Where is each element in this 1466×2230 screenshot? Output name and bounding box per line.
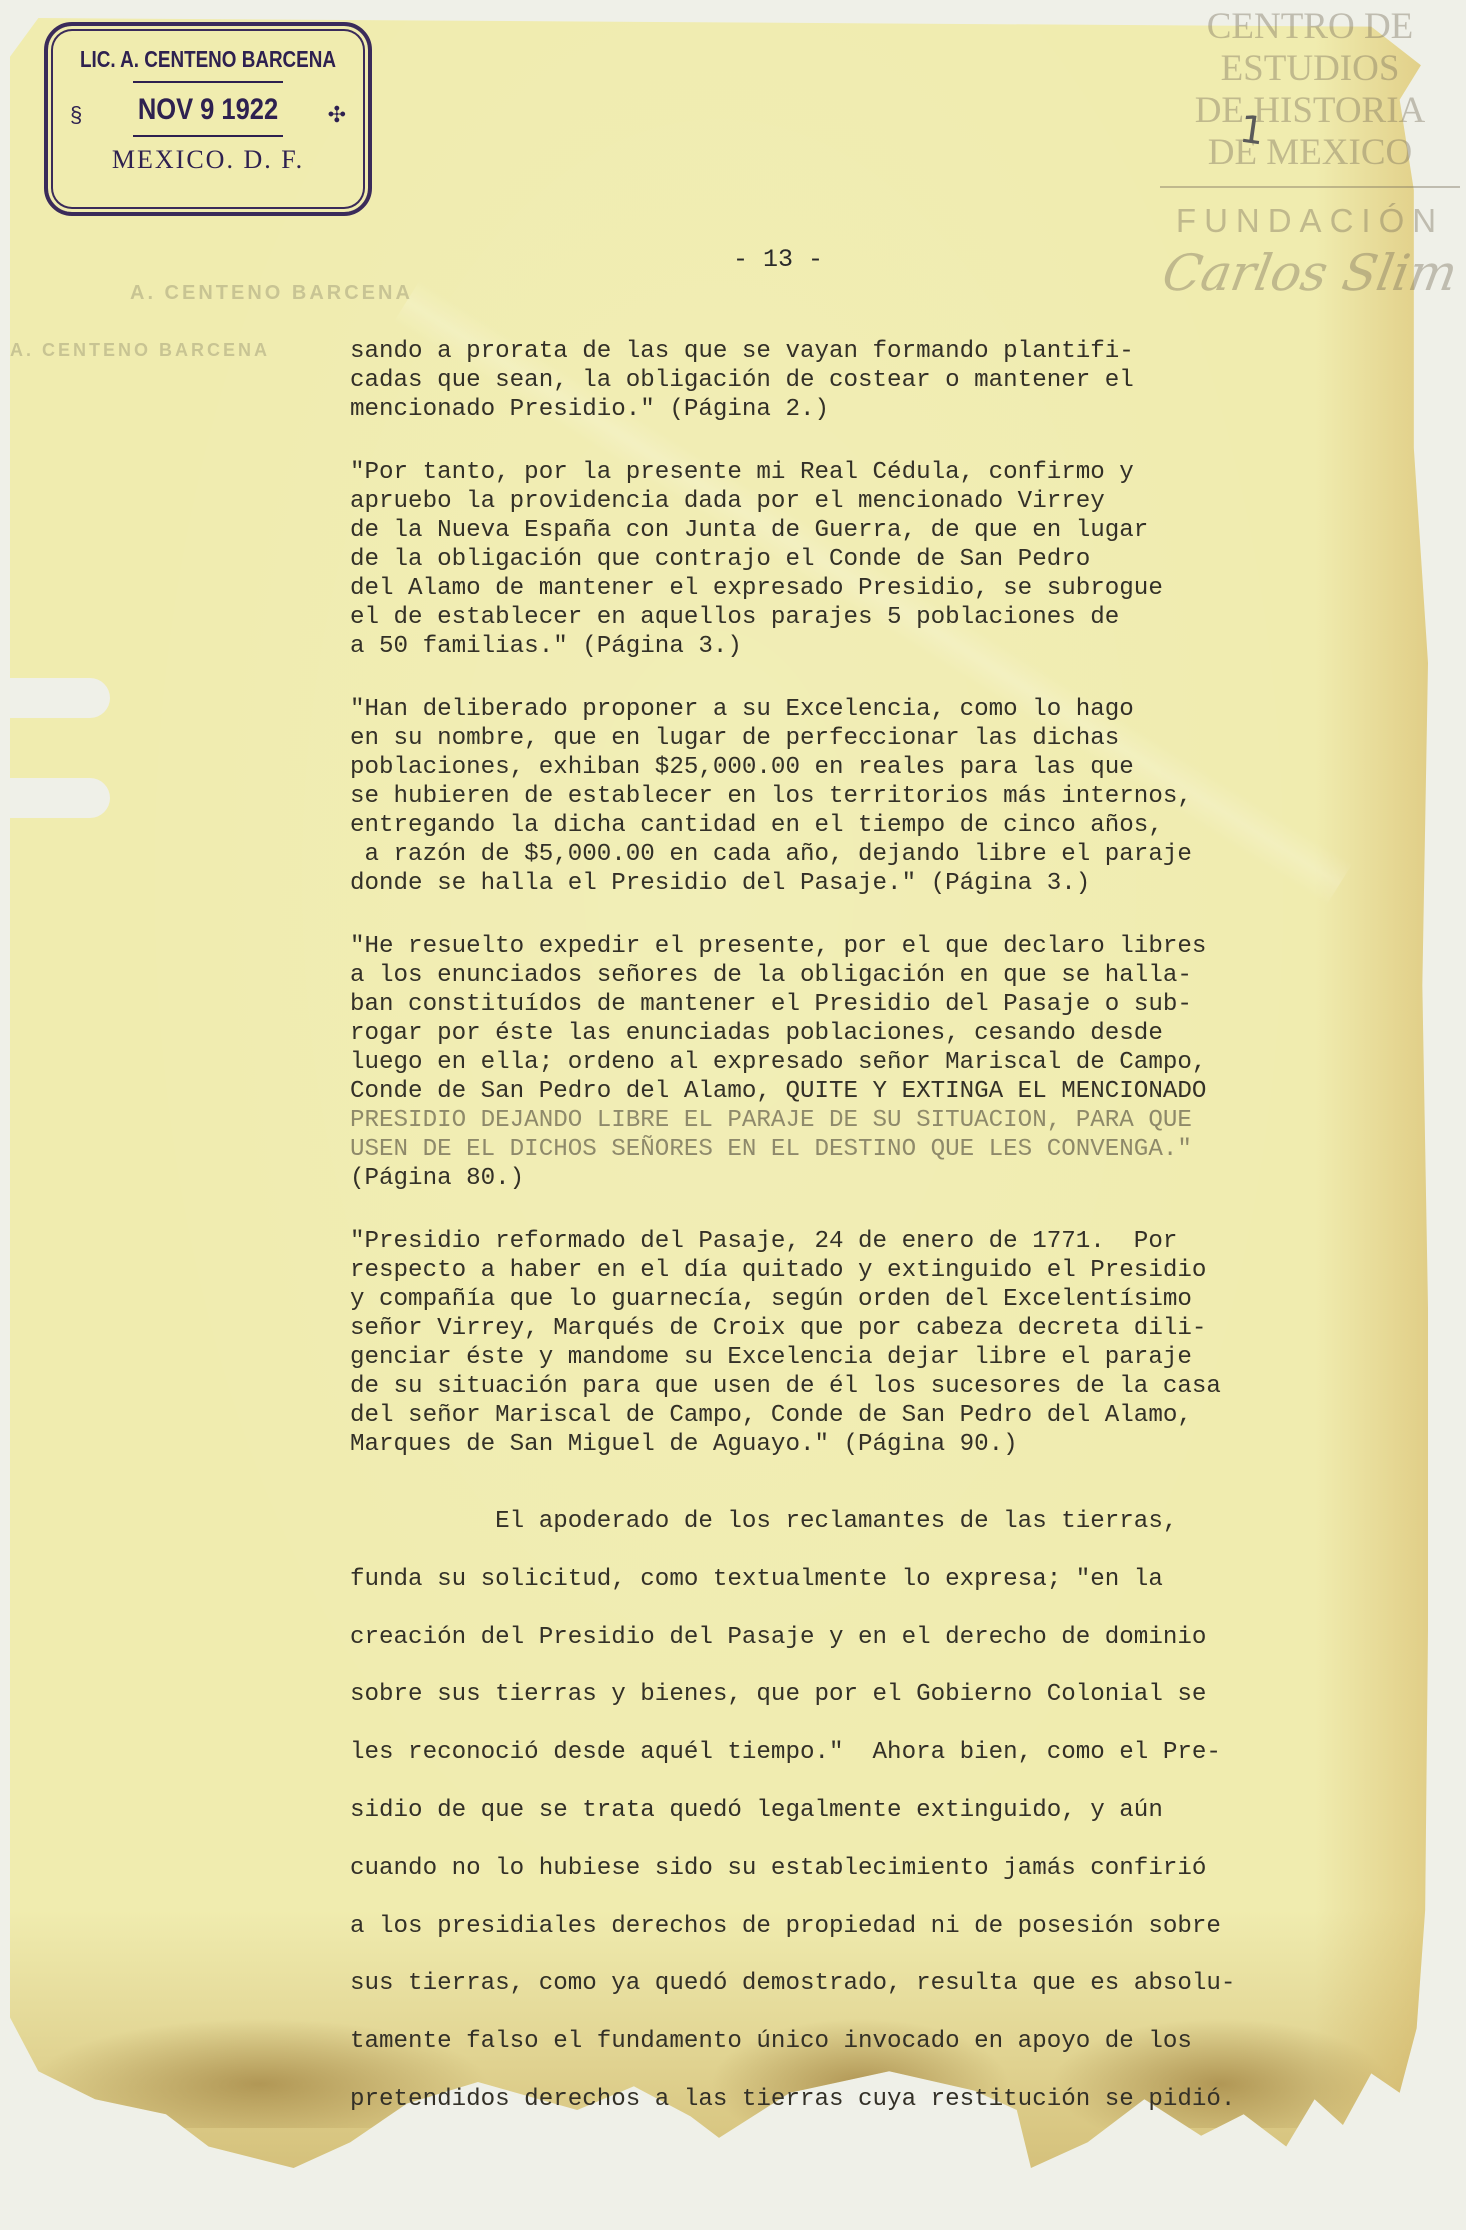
watermark-line: CENTRO DE (1160, 6, 1460, 48)
text-line: PRESIDIO DEJANDO LIBRE EL PARAJE DE SU S… (350, 1106, 1400, 1135)
text-line: a los enunciados señores de la obligació… (350, 961, 1400, 990)
watermark-line: DE HISTORIA (1160, 90, 1460, 132)
watermark-foundation: FUNDACIÓN (1160, 202, 1460, 240)
text-line: El apoderado de los reclamantes de las t… (350, 1493, 1400, 1551)
text-line: respecto a haber en el día quitado y ext… (350, 1256, 1400, 1285)
text-line: en su nombre, que en lugar de perfeccion… (350, 724, 1400, 753)
text-line: y compañía que lo guarnecía, según orden… (350, 1285, 1400, 1314)
watermark-signature: Carlos Slim (1155, 244, 1465, 302)
watermark-line: DE MEXICO (1160, 132, 1460, 174)
text-line: cuando no lo hubiese sido su establecimi… (350, 1840, 1400, 1898)
text-line: del señor Mariscal de Campo, Conde de Sa… (350, 1401, 1400, 1430)
stamp-name: LIC. A. CENTENO BARCENA (77, 46, 339, 73)
watermark-divider (1160, 186, 1460, 188)
text-line: señor Virrey, Marqués de Croix que por c… (350, 1314, 1400, 1343)
text-line: rogar por éste las enunciadas poblacione… (350, 1019, 1400, 1048)
quote-block: "Por tanto, por la presente mi Real Cédu… (350, 458, 1400, 661)
text-line: entregando la dicha cantidad en el tiemp… (350, 811, 1400, 840)
text-line: pretendidos derechos a las tierras cuya … (350, 2071, 1400, 2129)
text-line: del Alamo de mantener el expresado Presi… (350, 574, 1400, 603)
faded-stamp: A. CENTENO BARCENA (10, 340, 270, 361)
binder-hole (10, 678, 110, 718)
archive-watermark: CENTRO DE ESTUDIOS DE HISTORIA DE MEXICO… (1160, 6, 1460, 302)
text-line: el de establecer en aquellos parajes 5 p… (350, 603, 1400, 632)
text-line: poblaciones, exhiban $25,000.00 en reale… (350, 753, 1400, 782)
text-line: mencionado Presidio." (Página 2.) (350, 395, 1400, 424)
text-line: luego en ella; ordeno al expresado señor… (350, 1048, 1400, 1077)
text-line: cadas que sean, la obligación de costear… (350, 366, 1400, 395)
text-line: USEN DE EL DICHOS SEÑORES EN EL DESTINO … (350, 1135, 1400, 1164)
stamp-city: MEXICO. D. F. (48, 145, 368, 175)
text-line: genciar éste y mandome su Excelencia dej… (350, 1343, 1400, 1372)
document-body: sando a prorata de las que se vayan form… (350, 337, 1400, 2129)
text-line: a 50 familias." (Página 3.) (350, 632, 1400, 661)
text-line: a razón de $5,000.00 en cada año, dejand… (350, 840, 1400, 869)
text-line: funda su solicitud, como textualmente lo… (350, 1551, 1400, 1609)
quote-block: "Han deliberado proponer a su Excelencia… (350, 695, 1400, 898)
text-line: sobre sus tierras y bienes, que por el G… (350, 1666, 1400, 1724)
text-line: sidio de que se trata quedó legalmente e… (350, 1782, 1400, 1840)
text-line: "Presidio reformado del Pasaje, 24 de en… (350, 1227, 1400, 1256)
stamp-date: NOV 9 1922 (72, 93, 344, 127)
text-line: "Han deliberado proponer a su Excelencia… (350, 695, 1400, 724)
text-line: "Por tanto, por la presente mi Real Cédu… (350, 458, 1400, 487)
stamp-ornament-icon: ✣ (328, 102, 346, 128)
stamp-divider (133, 135, 283, 137)
stamp-divider (133, 81, 283, 83)
text-line: tamente falso el fundamento único invoca… (350, 2013, 1400, 2071)
text-line: creación del Presidio del Pasaje y en el… (350, 1609, 1400, 1667)
text-line: Conde de San Pedro del Alamo, QUITE Y EX… (350, 1077, 1400, 1106)
text-line: de la obligación que contrajo el Conde d… (350, 545, 1400, 574)
watermark-line: ESTUDIOS (1160, 48, 1460, 90)
body-paragraph: El apoderado de los reclamantes de las t… (350, 1493, 1400, 2129)
faded-stamp: A. CENTENO BARCENA (130, 282, 413, 305)
text-line: Marques de San Miguel de Aguayo." (Págin… (350, 1430, 1400, 1459)
binder-hole (10, 778, 110, 818)
quote-block: "He resuelto expedir el presente, por el… (350, 932, 1400, 1193)
text-line: "He resuelto expedir el presente, por el… (350, 932, 1400, 961)
notary-stamp: LIC. A. CENTENO BARCENA § NOV 9 1922 ✣ M… (44, 22, 372, 216)
text-line: (Página 80.) (350, 1164, 1400, 1193)
quote-block: "Presidio reformado del Pasaje, 24 de en… (350, 1227, 1400, 1459)
page-number: - 13 - (733, 245, 823, 274)
text-line: de la Nueva España con Junta de Guerra, … (350, 516, 1400, 545)
text-line: a los presidiales derechos de propiedad … (350, 1898, 1400, 1956)
text-line: les reconoció desde aquél tiempo." Ahora… (350, 1724, 1400, 1782)
quote-block: sando a prorata de las que se vayan form… (350, 337, 1400, 424)
text-line: sus tierras, como ya quedó demostrado, r… (350, 1955, 1400, 2013)
text-line: ban constituídos de mantener el Presidio… (350, 990, 1400, 1019)
text-line: sando a prorata de las que se vayan form… (350, 337, 1400, 366)
text-line: se hubieren de establecer en los territo… (350, 782, 1400, 811)
text-line: de su situación para que usen de él los … (350, 1372, 1400, 1401)
text-line: apruebo la providencia dada por el menci… (350, 487, 1400, 516)
text-line: donde se halla el Presidio del Pasaje." … (350, 869, 1400, 898)
